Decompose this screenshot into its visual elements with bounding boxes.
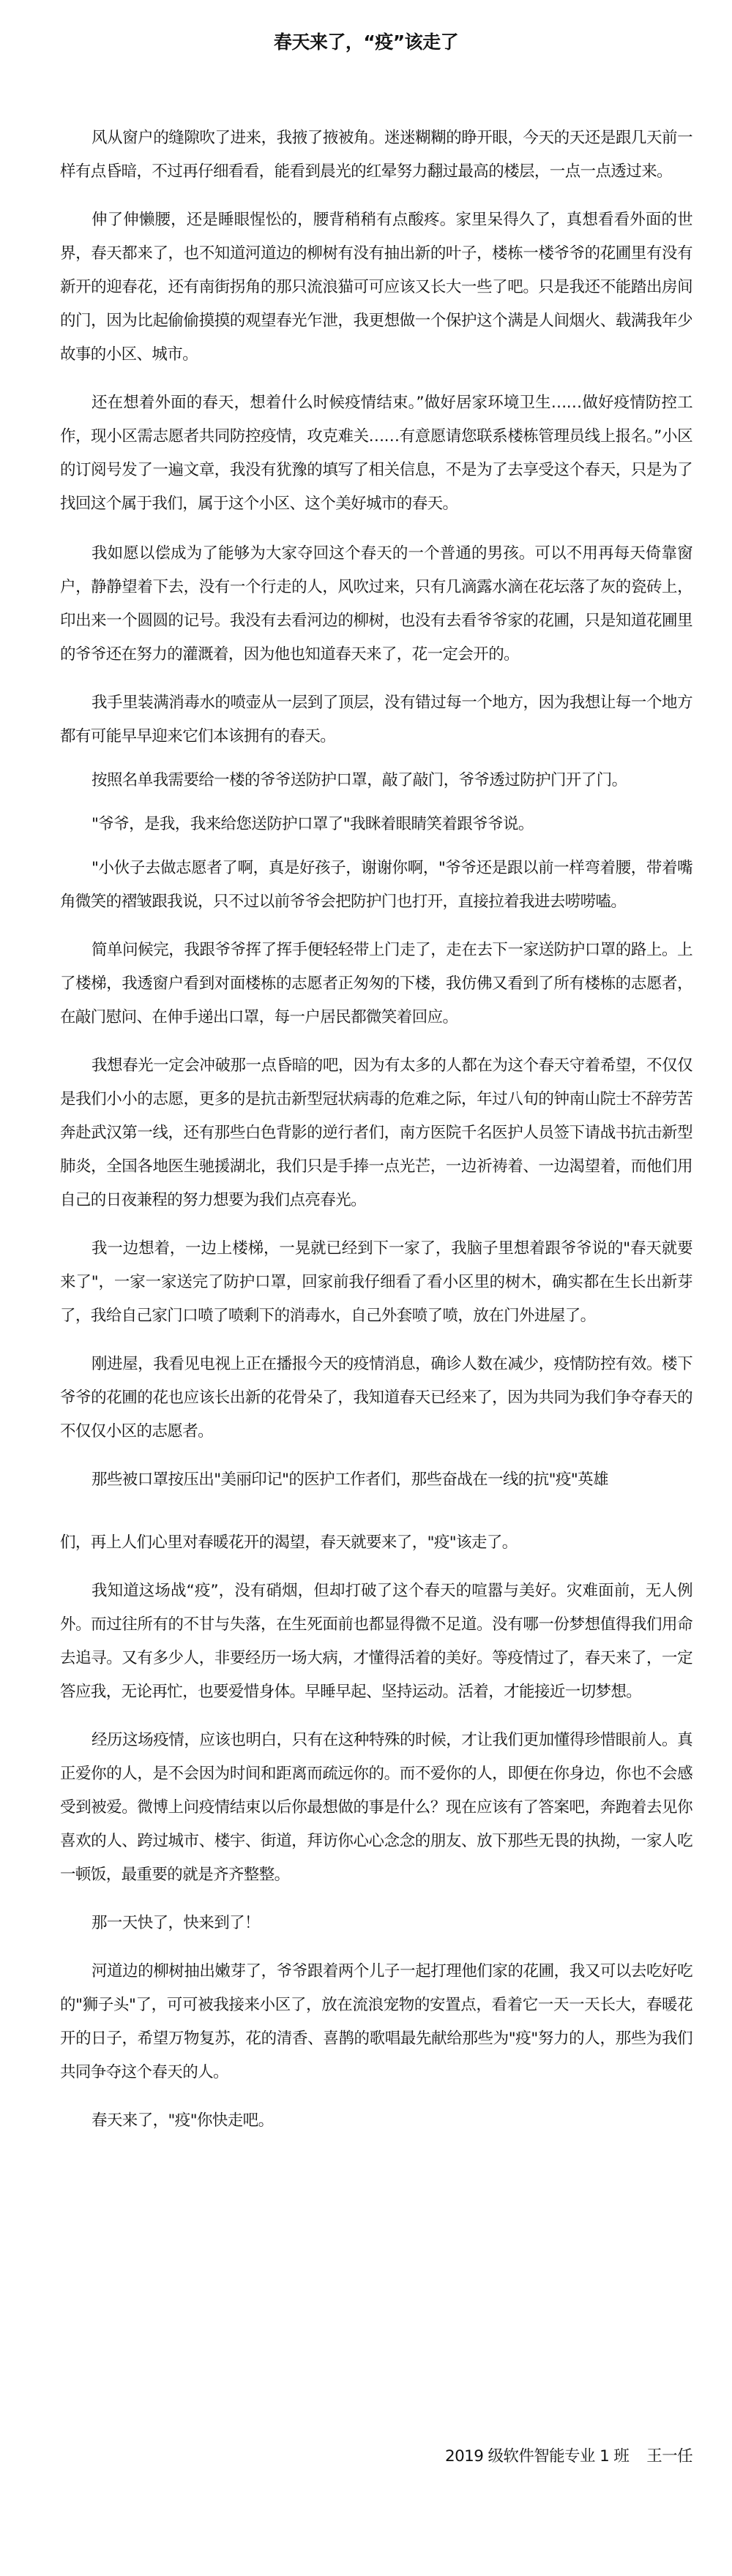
paragraph: 河道边的柳树抽出嫩芽了，爷爷跟着两个儿子一起打理他们家的花圃，我又可以去吃好吃的… (60, 1955, 692, 2089)
paragraph: 简单问候完，我跟爷爷挥了挥手便轻轻带上门走了，走在去下一家送防护口罩的路上。上了… (60, 934, 692, 1034)
paragraph: 刚进屋，我看见电视上正在播报今天的疫情消息，确诊人数在减少，疫情防控有效。楼下爷… (60, 1348, 692, 1449)
paragraph: 那些被口罩按压出"美丽印记"的医护工作者们，那些奋战在一线的抗"疫"英雄 (60, 1463, 692, 1497)
signature-class-info: 2019 级软件智能专业 1 班 (445, 2447, 629, 2466)
document-body: 风从窗户的缝隙吹了进来，我掖了掖被角。迷迷糊糊的睁开眼，今天的天还是跟几天前一样… (60, 121, 692, 2148)
paragraph: 我想春光一定会冲破那一点昏暗的吧，因为有太多的人都在为这个春天守着希望，不仅仅是… (60, 1049, 692, 1217)
signature: 2019 级软件智能专业 1 班王一任 (445, 2444, 692, 2466)
signature-author: 王一任 (646, 2447, 692, 2466)
paragraph: "小伙子去做志愿者了啊，真是好孩子，谢谢你啊，"爷爷还是跟以前一样弯着腰，带着嘴… (60, 852, 692, 919)
paragraph: "爷爷，是我，我来给您送防护口罩了"我眯着眼睛笑着跟爷爷说。 (60, 808, 692, 841)
paragraph: 我一边想着，一边上楼梯，一晃就已经到下一家了，我脑子里想着跟爷爷说的"春天就要来… (60, 1232, 692, 1333)
paragraph: 伸了伸懒腰，还是睡眼惺忪的，腰背稍稍有点酸疼。家里呆得久了，真想看看外面的世界，… (60, 203, 692, 372)
paragraph: 按照名单我需要给一楼的爷爷送防护口罩，敲了敲门，爷爷透过防护门开了门。 (60, 764, 692, 797)
paragraph: 我知道这场战“疫”，没有硝烟，但却打破了这个春天的喧嚣与美好。灾难面前，无人例外… (60, 1574, 692, 1709)
paragraph-continuation: 们，再上人们心里对春暖花开的渴望，春天就要来了，"疫"该走了。 (60, 1526, 692, 1560)
paragraph: 春天来了，"疫"你快走吧。 (60, 2104, 692, 2138)
paragraph: 我如愿以偿成为了能够为大家夺回这个春天的一个普通的男孩。可以不用再每天倚靠窗户，… (60, 537, 692, 672)
document-title: 春天来了，“疫”该走了 (0, 28, 732, 54)
paragraph: 那一天快了，快来到了！ (60, 1907, 692, 1940)
paragraph: 经历这场疫情，应该也明白，只有在这种特殊的时候，才让我们更加懂得珍惜眼前人。真正… (60, 1724, 692, 1892)
paragraph: 风从窗户的缝隙吹了进来，我掖了掖被角。迷迷糊糊的睁开眼，今天的天还是跟几天前一样… (60, 121, 692, 189)
paragraph: 还在想着外面的春天，想着什么时候疫情结束。”做好居家环境卫生……做好疫情防控工作… (60, 386, 692, 521)
paragraph: 我手里装满消毒水的喷壶从一层到了顶层，没有错过每一个地方，因为我想让每一个地方都… (60, 686, 692, 754)
